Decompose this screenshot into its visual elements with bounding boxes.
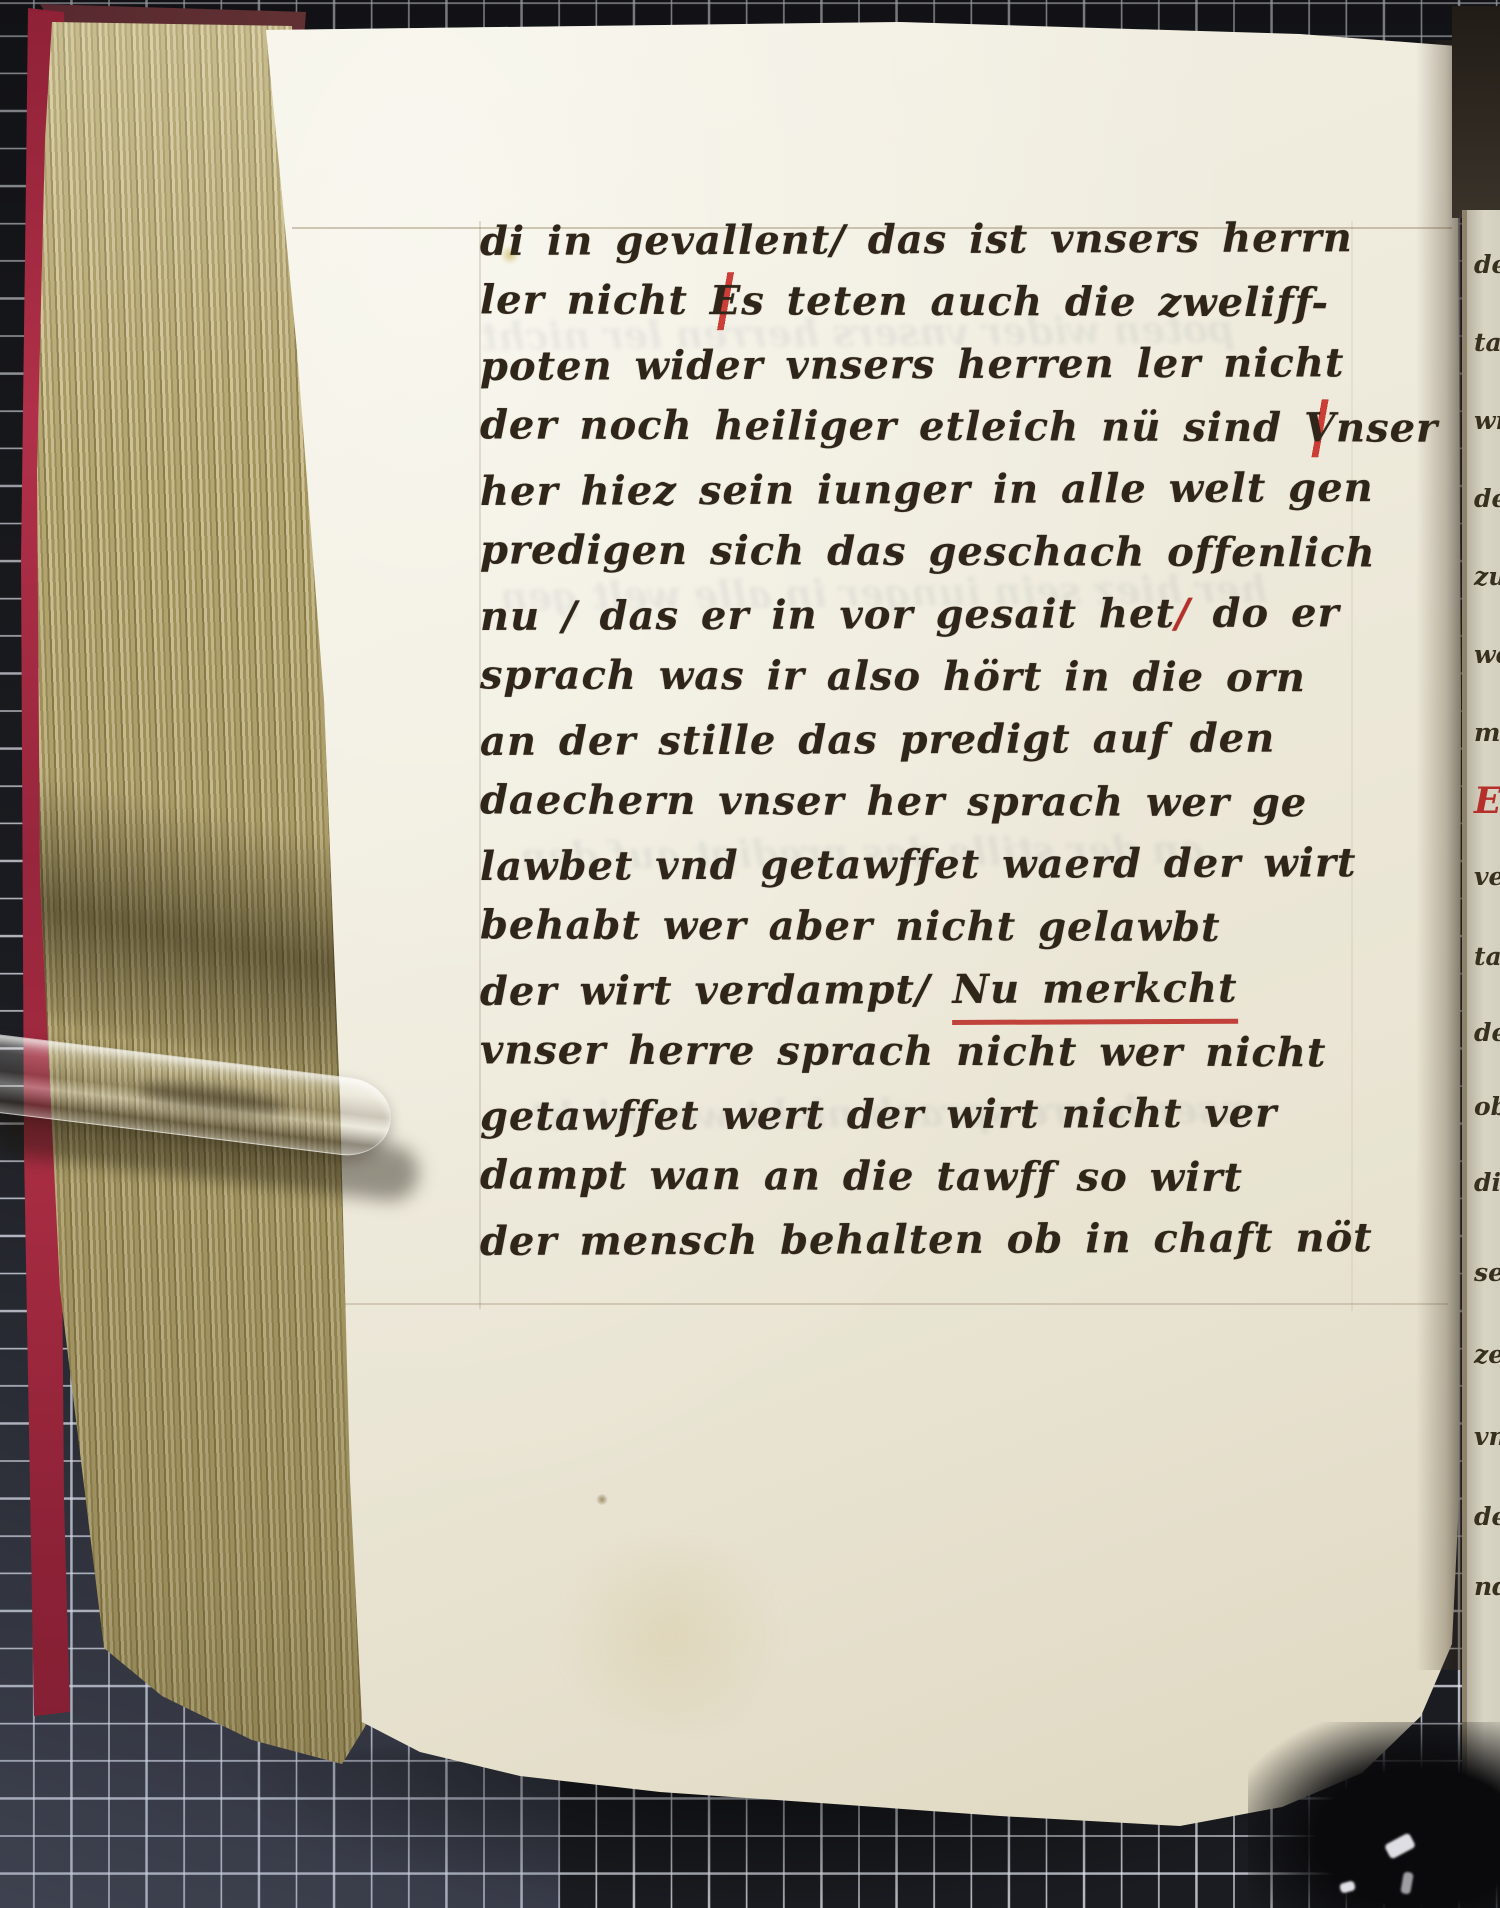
manuscript-line: der wirt verdampt/ Nu merkcht: [480, 959, 1410, 1026]
manuscript-line: der mensch behalten ob in chaft nöt: [480, 1209, 1410, 1276]
side-page-text-fragment: ob er f: [1474, 1092, 1500, 1121]
page-stain-large: [540, 1540, 800, 1730]
manuscript-text-block: di in gevallent/ das ist vnsers herrn le…: [480, 210, 1410, 1273]
manuscript-line: getawffet wert der wirt nicht ver: [480, 1084, 1410, 1151]
side-page-text-fragment: vnd her: [1474, 1422, 1500, 1451]
manuscript-rubric-mark: E: [710, 272, 742, 330]
manuscript-line-text: dampt wan an die tawff so wirt: [480, 1151, 1243, 1201]
manuscript-line: daechern vnser her sprach wer ge: [480, 771, 1410, 837]
manuscript-line-text: predigen sich das geschach offenlich: [480, 526, 1376, 576]
manuscript-line: an der stille das predigt auf den: [480, 709, 1410, 776]
manuscript-line-text: poten wider vnsers herren ler nicht: [480, 339, 1345, 390]
manuscript-line-text: an der stille das predigt auf den: [480, 715, 1275, 765]
manuscript-photo-scene: poten wider vnsers herren ler nicht her …: [0, 0, 1500, 1908]
manuscript-line: ler nicht Es teten auch die zweliff-: [480, 271, 1410, 337]
side-page-text-fragment: der: [1474, 250, 1500, 279]
manuscript-line-text: do er: [1190, 589, 1339, 637]
manuscript-line-text: getawffet wert der wirt nicht ver: [480, 1090, 1277, 1140]
side-page-text-fragment: sent: [1474, 1258, 1500, 1287]
manuscript-rubric-mark: V: [1304, 399, 1336, 457]
side-page-text-fragment: mit d: [1474, 718, 1500, 747]
side-page-text-fragment: den d: [1474, 1018, 1500, 1047]
manuscript-line-text: di in gevallent/ das ist vnsers herrn: [480, 214, 1353, 265]
manuscript-line: behabt wer aber nicht gelawbt: [480, 896, 1410, 962]
manuscript-line: vnser herre sprach nicht wer nicht: [480, 1021, 1410, 1087]
manuscript-line-text: her hiez sein iunger in alle welt gen: [480, 464, 1374, 515]
manuscript-line: nu / das er in vor gesait het/ do er: [480, 584, 1410, 651]
manuscript-line: her hiez sein iunger in alle welt gen: [480, 459, 1410, 526]
manuscript-line-text: nu / das er in vor gesait het: [480, 590, 1175, 640]
book-cradle-clamp: [1248, 1722, 1500, 1908]
next-page-top-shade: [1452, 6, 1500, 218]
manuscript-line: predigen sich das geschach offenlich: [480, 521, 1410, 587]
page-speck: [596, 1494, 608, 1505]
manuscript-line-text: s teten auch die zweliff-: [741, 277, 1329, 326]
side-page-text-fragment: tay: [1474, 328, 1500, 357]
side-page-text-fragment: zen and: [1474, 1340, 1500, 1369]
next-page-strip: der tay wr dema zu n wede: mit d Eres ve…: [1462, 210, 1500, 1882]
manuscript-line-text: der mensch behalten ob in chaft nöt: [480, 1214, 1373, 1265]
side-page-text-fragment: tawff: [1474, 942, 1500, 971]
manuscript-line-text: vnser herre sprach nicht wer nicht: [480, 1026, 1327, 1076]
manuscript-line-text: der noch heiliger etleich nü sind: [480, 401, 1304, 451]
manuscript-line-text: lawbet vnd getawffet waerd der wirt: [480, 839, 1357, 890]
manuscript-line: poten wider vnsers herren ler nicht: [480, 334, 1410, 401]
side-page-text-fragment: den na: [1474, 1502, 1500, 1531]
manuscript-rubric-mark: /: [1175, 585, 1191, 643]
manuscript-line-text: der wirt verdampt/: [480, 966, 953, 1015]
side-page-text-fragment: ver sw: [1474, 862, 1500, 891]
side-page-text-fragment: wr: [1474, 406, 1500, 435]
manuscript-line: lawbet vnd getawffet waerd der wirt: [480, 834, 1410, 901]
side-page-rubric-initial: Eres: [1474, 780, 1500, 822]
side-page-text-fragment: dema: [1474, 484, 1500, 513]
manuscript-line-text: ler nicht: [480, 276, 710, 324]
manuscript-line-text: daechern vnser her sprach wer ge: [480, 776, 1307, 826]
side-page-text-fragment: wede:: [1474, 640, 1500, 669]
page-gutter-shadow: [1416, 40, 1462, 1670]
manuscript-line-text: behabt wer aber nicht gelawbt: [480, 901, 1221, 951]
manuscript-line: di in gevallent/ das ist vnsers herrn: [480, 209, 1410, 276]
manuscript-line: dampt wan an die tawff so wirt: [480, 1146, 1410, 1212]
manuscript-line: sprach was ir also hört in die orn: [480, 646, 1410, 712]
manuscript-rubric-mark: Nu merkcht: [952, 960, 1237, 1025]
side-page-text-fragment: zu n: [1474, 562, 1500, 591]
manuscript-line: der noch heiliger etleich nü sind Vnser: [480, 396, 1410, 462]
ruling-line-bottom: [332, 1303, 1448, 1305]
side-page-text-fragment: nd des: [1474, 1572, 1500, 1601]
manuscript-line-text: sprach was ir also hört in die orn: [480, 651, 1306, 701]
side-page-text-fragment: did a: [1474, 1168, 1500, 1197]
